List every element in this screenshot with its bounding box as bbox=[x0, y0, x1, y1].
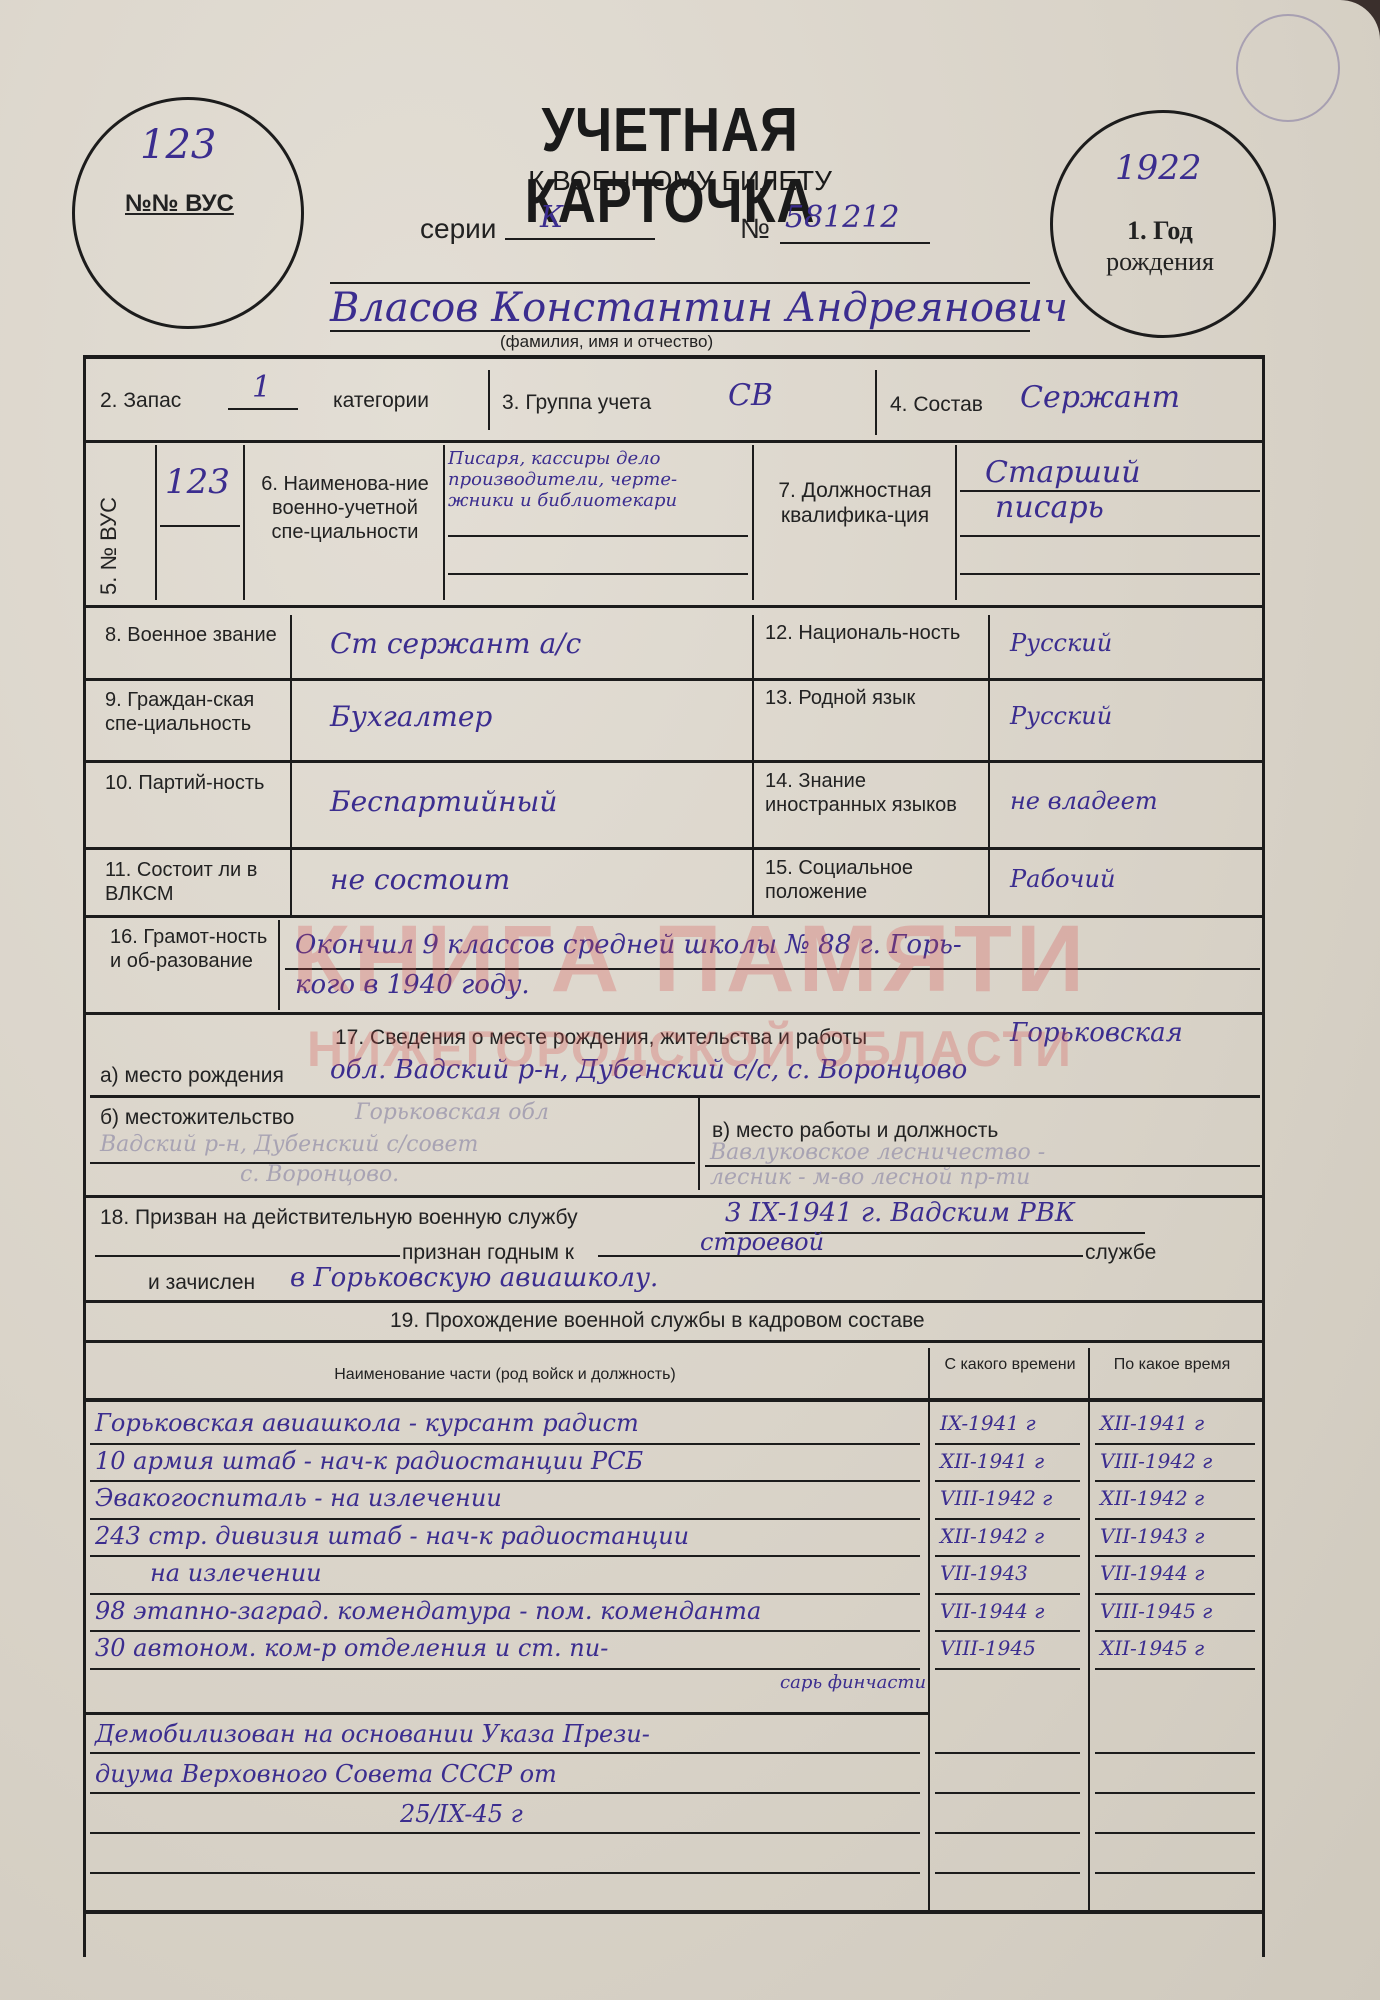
field-divider bbox=[988, 850, 990, 915]
specialty-value-line: Писаря, кассиры дело bbox=[448, 448, 677, 469]
field-divider bbox=[752, 763, 754, 847]
field-divider bbox=[290, 680, 292, 760]
specialty-value-line: жники и библиотекари bbox=[448, 490, 677, 511]
field-row-rule bbox=[83, 760, 1265, 763]
residence-value-3: с. Воронцово. bbox=[240, 1162, 399, 1187]
birthplace-value: обл. Вадский р-н, Дубенский с/с, с. Воро… bbox=[330, 1055, 967, 1085]
service-row-rule bbox=[90, 1593, 920, 1595]
series-underline bbox=[505, 238, 655, 240]
service-row-rule bbox=[90, 1518, 920, 1520]
demob-rule bbox=[935, 1792, 1080, 1794]
service-row-rule bbox=[935, 1555, 1080, 1557]
birth-year-label-2: рождения bbox=[1080, 246, 1240, 277]
service-row-rule bbox=[935, 1518, 1080, 1520]
field-divider bbox=[988, 680, 990, 760]
frame-left bbox=[83, 357, 86, 1957]
field-label-right: 14. Знание иностранных языков bbox=[765, 769, 965, 817]
reserve-value: 1 bbox=[252, 370, 271, 405]
fit-value: строевой bbox=[700, 1228, 824, 1256]
field-divider bbox=[988, 615, 990, 678]
number-label: № bbox=[740, 212, 770, 246]
service-from: IX-1941 г bbox=[940, 1411, 1036, 1435]
field-row-rule bbox=[83, 915, 1265, 918]
service-row-rule bbox=[90, 1443, 920, 1445]
service-row-rule bbox=[935, 1630, 1080, 1632]
service-unit: сарь финчасти bbox=[780, 1672, 926, 1693]
enrolled-label: и зачислен bbox=[148, 1270, 255, 1295]
field-value-right: Рабочий bbox=[1010, 865, 1115, 893]
field-value-right: не владеет bbox=[1010, 787, 1158, 815]
service-row-rule bbox=[1095, 1480, 1255, 1482]
demob-rule bbox=[935, 1752, 1080, 1754]
specialty-value-line: производители, черте- bbox=[448, 469, 677, 490]
field-label: 8. Военное звание bbox=[105, 623, 285, 647]
field-label: 11. Состоит ли в ВЛКСМ bbox=[105, 858, 285, 906]
demob-rule bbox=[90, 1872, 920, 1874]
birth-year-label: 1. Год рождения bbox=[1080, 215, 1240, 277]
vus-circle-label: №№ ВУС bbox=[125, 190, 234, 219]
service-to: VII-1944 г bbox=[1100, 1561, 1204, 1585]
field-label: 9. Граждан-ская спе-циальность bbox=[105, 688, 285, 736]
service-from: XII-1942 г bbox=[940, 1524, 1044, 1548]
frame-bottom bbox=[83, 1910, 1265, 1914]
service-to: XII-1942 г bbox=[1100, 1486, 1204, 1510]
field-label: 10. Партий-ность bbox=[105, 771, 285, 795]
called-up-label: 18. Призван на действительную военную сл… bbox=[100, 1205, 578, 1230]
birthplace-label: а) место рождения bbox=[100, 1063, 284, 1088]
col-to-header: По какое время bbox=[1092, 1355, 1252, 1374]
field-divider bbox=[752, 850, 754, 915]
vus-circle-value: 123 bbox=[140, 122, 216, 168]
frame-top bbox=[83, 355, 1265, 359]
full-name-caption: (фамилия, имя и отчество) bbox=[500, 332, 713, 352]
faint-stamp-circle bbox=[1236, 14, 1340, 122]
section19-header-top bbox=[83, 1340, 1265, 1343]
field-divider bbox=[752, 615, 754, 678]
service-from: VIII-1945 bbox=[940, 1636, 1036, 1660]
qual-rule-3 bbox=[960, 573, 1260, 575]
service-row-rule bbox=[90, 1630, 920, 1632]
service-row-rule bbox=[935, 1668, 1080, 1670]
service-unit: Эвакогоспиталь - на излечении bbox=[95, 1484, 502, 1512]
service-unit: 30 автоном. ком-р отделения и ст. пи- bbox=[95, 1634, 608, 1662]
field-value-right: Русский bbox=[1010, 629, 1112, 657]
education-value-1: Окончил 9 классов средней школы № 88 г. … bbox=[295, 930, 962, 960]
section17-title-value: Горьковская bbox=[1010, 1018, 1183, 1048]
field-value: Бухгалтер bbox=[330, 700, 492, 733]
education-bottom bbox=[83, 1012, 1265, 1015]
service-row-rule bbox=[1095, 1630, 1255, 1632]
name-top-rule bbox=[330, 282, 1030, 284]
demob-rule bbox=[1095, 1832, 1255, 1834]
frame-right bbox=[1262, 357, 1265, 1957]
service-row-rule bbox=[90, 1555, 920, 1557]
row2-bottom bbox=[83, 605, 1265, 608]
section17-bottom bbox=[83, 1195, 1265, 1198]
service-row-rule bbox=[935, 1593, 1080, 1595]
row1-divider-1 bbox=[488, 370, 490, 430]
service-row-rule bbox=[935, 1443, 1080, 1445]
service-from: VII-1943 bbox=[940, 1561, 1028, 1585]
qual-rule-2 bbox=[960, 535, 1260, 537]
field-value-right: Русский bbox=[1010, 702, 1112, 730]
composition-value: Сержант bbox=[1020, 380, 1180, 415]
residence-value-2: Вадский р-н, Дубенский с/совет bbox=[100, 1132, 478, 1157]
work-value-1: Вавлуковское лесничество - bbox=[710, 1140, 1045, 1165]
residence-label: б) местожительство bbox=[100, 1105, 294, 1130]
vus-value: 123 bbox=[165, 462, 230, 502]
row1-divider-2 bbox=[875, 370, 877, 435]
demob-line: 25/IX-45 г bbox=[400, 1800, 523, 1828]
field-label-right: 12. Националь-ность bbox=[765, 621, 965, 645]
education-divider bbox=[278, 920, 280, 1010]
specialty-rule-1 bbox=[448, 535, 748, 537]
fit-label: признан годным к bbox=[402, 1240, 574, 1265]
service-unit: 10 армия штаб - нач-к радиостанции РСБ bbox=[95, 1447, 643, 1475]
service-unit: 243 стр. дивизия штаб - нач-к радиостанц… bbox=[95, 1522, 689, 1550]
service-row-rule bbox=[1095, 1668, 1255, 1670]
field-divider bbox=[988, 763, 990, 847]
demob-rule bbox=[1095, 1792, 1255, 1794]
demob-rule bbox=[1095, 1872, 1255, 1874]
field-divider bbox=[290, 850, 292, 915]
service-to: XII-1941 г bbox=[1100, 1411, 1204, 1435]
service-from: VIII-1942 г bbox=[940, 1486, 1052, 1510]
demob-rule bbox=[935, 1832, 1080, 1834]
service-to: VIII-1945 г bbox=[1100, 1599, 1212, 1623]
service-unit: Горьковская авиашкола - курсант радист bbox=[95, 1409, 639, 1437]
vus-value-underline bbox=[160, 525, 240, 527]
row1-bottom bbox=[83, 440, 1265, 443]
row2-divider-d bbox=[955, 445, 957, 600]
service-unit: 98 этапно-заград. комендатура - пом. ком… bbox=[95, 1597, 761, 1625]
reserve-underline bbox=[228, 408, 298, 410]
qualification-label: 7. Должностная квалифика-ция bbox=[760, 478, 950, 528]
series-value: К bbox=[540, 200, 563, 235]
service-to: XII-1945 г bbox=[1100, 1636, 1204, 1660]
row2-divider-b bbox=[443, 445, 445, 600]
series-label: серии bbox=[420, 212, 496, 246]
service-unit: на излечении bbox=[150, 1559, 322, 1587]
section19-title: 19. Прохождение военной службы в кадрово… bbox=[390, 1308, 925, 1333]
service-row-rule bbox=[1095, 1555, 1255, 1557]
field-divider bbox=[290, 763, 292, 847]
composition-label: 4. Состав bbox=[890, 392, 983, 417]
education-label: 16. Грамот-ность и об-разование bbox=[110, 925, 275, 973]
record-card: 123 №№ ВУС 1922 1. Год рождения УЧЕТНАЯ … bbox=[0, 0, 1380, 2000]
col-from-header: С какого времени bbox=[935, 1355, 1085, 1374]
service-row-rule bbox=[1095, 1443, 1255, 1445]
enrolled-value: в Горьковскую авиашколу. bbox=[290, 1263, 658, 1293]
col-unit-header: Наименование части (род войск и должност… bbox=[90, 1365, 920, 1384]
number-underline bbox=[780, 242, 930, 244]
demob-rule bbox=[935, 1872, 1080, 1874]
field-divider bbox=[752, 680, 754, 760]
service-from: VII-1944 г bbox=[940, 1599, 1044, 1623]
field-row-rule bbox=[83, 847, 1265, 850]
demob-rule bbox=[90, 1832, 920, 1834]
fit-suffix: службе bbox=[1085, 1240, 1156, 1265]
demob-rule bbox=[90, 1752, 920, 1754]
qualification-value-line: Старший bbox=[985, 455, 1141, 490]
birth-year-label-1: 1. Год bbox=[1080, 215, 1240, 246]
field-value: не состоит bbox=[330, 863, 510, 896]
col-divider-1 bbox=[928, 1348, 930, 1913]
group-value: СВ bbox=[728, 378, 773, 413]
section17-title: 17. Сведения о месте рождения, жительств… bbox=[335, 1025, 867, 1050]
service-to: VIII-1942 г bbox=[1100, 1449, 1212, 1473]
field-divider bbox=[290, 615, 292, 678]
demob-top-rule bbox=[83, 1712, 928, 1715]
row2-divider-c bbox=[752, 445, 754, 600]
row2-divider-a bbox=[243, 445, 245, 600]
field-label-right: 13. Родной язык bbox=[765, 686, 965, 710]
birth-year-value: 1922 bbox=[1115, 148, 1202, 188]
field-row-rule bbox=[83, 678, 1265, 681]
service-to: VII-1943 г bbox=[1100, 1524, 1204, 1548]
fit-rule bbox=[598, 1255, 1083, 1257]
section17-divider bbox=[698, 1098, 700, 1190]
specialty-label: 6. Наименова-ние военно-учетной спе-циал… bbox=[255, 472, 435, 544]
reserve-suffix: категории bbox=[333, 388, 429, 413]
vus-col-divider bbox=[155, 445, 157, 600]
section19-header-bottom bbox=[83, 1398, 1265, 1402]
demob-rule bbox=[90, 1792, 920, 1794]
service-from: XII-1941 г bbox=[940, 1449, 1044, 1473]
service-row-rule bbox=[935, 1480, 1080, 1482]
section18-bottom bbox=[83, 1300, 1265, 1303]
service-row-rule bbox=[1095, 1518, 1255, 1520]
specialty-rule-2 bbox=[448, 573, 748, 575]
service-row-rule bbox=[90, 1480, 920, 1482]
demob-line: Демобилизован на основании Указа Прези- bbox=[95, 1720, 650, 1748]
demob-line: диума Верховного Совета СССР от bbox=[95, 1760, 557, 1788]
col-divider-2 bbox=[1088, 1348, 1090, 1913]
card-subtitle: К ВОЕННОМУ БИЛЕТУ bbox=[430, 165, 930, 197]
service-row-rule bbox=[90, 1668, 920, 1670]
field-value: Беспартийный bbox=[330, 785, 557, 818]
work-value-2: лесник - м-во лесной пр-ти bbox=[710, 1165, 1030, 1190]
qualification-value-line: писарь bbox=[985, 490, 1141, 525]
demob-rule bbox=[1095, 1752, 1255, 1754]
full-name-value: Власов Константин Андреянович bbox=[330, 285, 1068, 331]
group-label: 3. Группа учета bbox=[502, 390, 651, 415]
reserve-label: 2. Запас bbox=[100, 388, 181, 413]
qual-rule-1 bbox=[960, 490, 1260, 492]
education-value-2: кого в 1940 году. bbox=[295, 970, 530, 1000]
service-row-rule bbox=[1095, 1593, 1255, 1595]
birthplace-rule bbox=[90, 1095, 1260, 1098]
field-value: Ст сержант а/с bbox=[330, 627, 581, 660]
specialty-value: Писаря, кассиры дело производители, черт… bbox=[448, 448, 677, 511]
called-up-value: 3 IX-1941 г. Вадским РВК bbox=[725, 1198, 1075, 1228]
residence-value-1: Горьковская обл bbox=[355, 1100, 549, 1125]
fit-left-rule bbox=[95, 1255, 400, 1257]
field-label-right: 15. Социальное положение bbox=[765, 856, 965, 904]
number-value: 581212 bbox=[785, 200, 900, 235]
vus-label: 5. № ВУС bbox=[96, 497, 122, 595]
